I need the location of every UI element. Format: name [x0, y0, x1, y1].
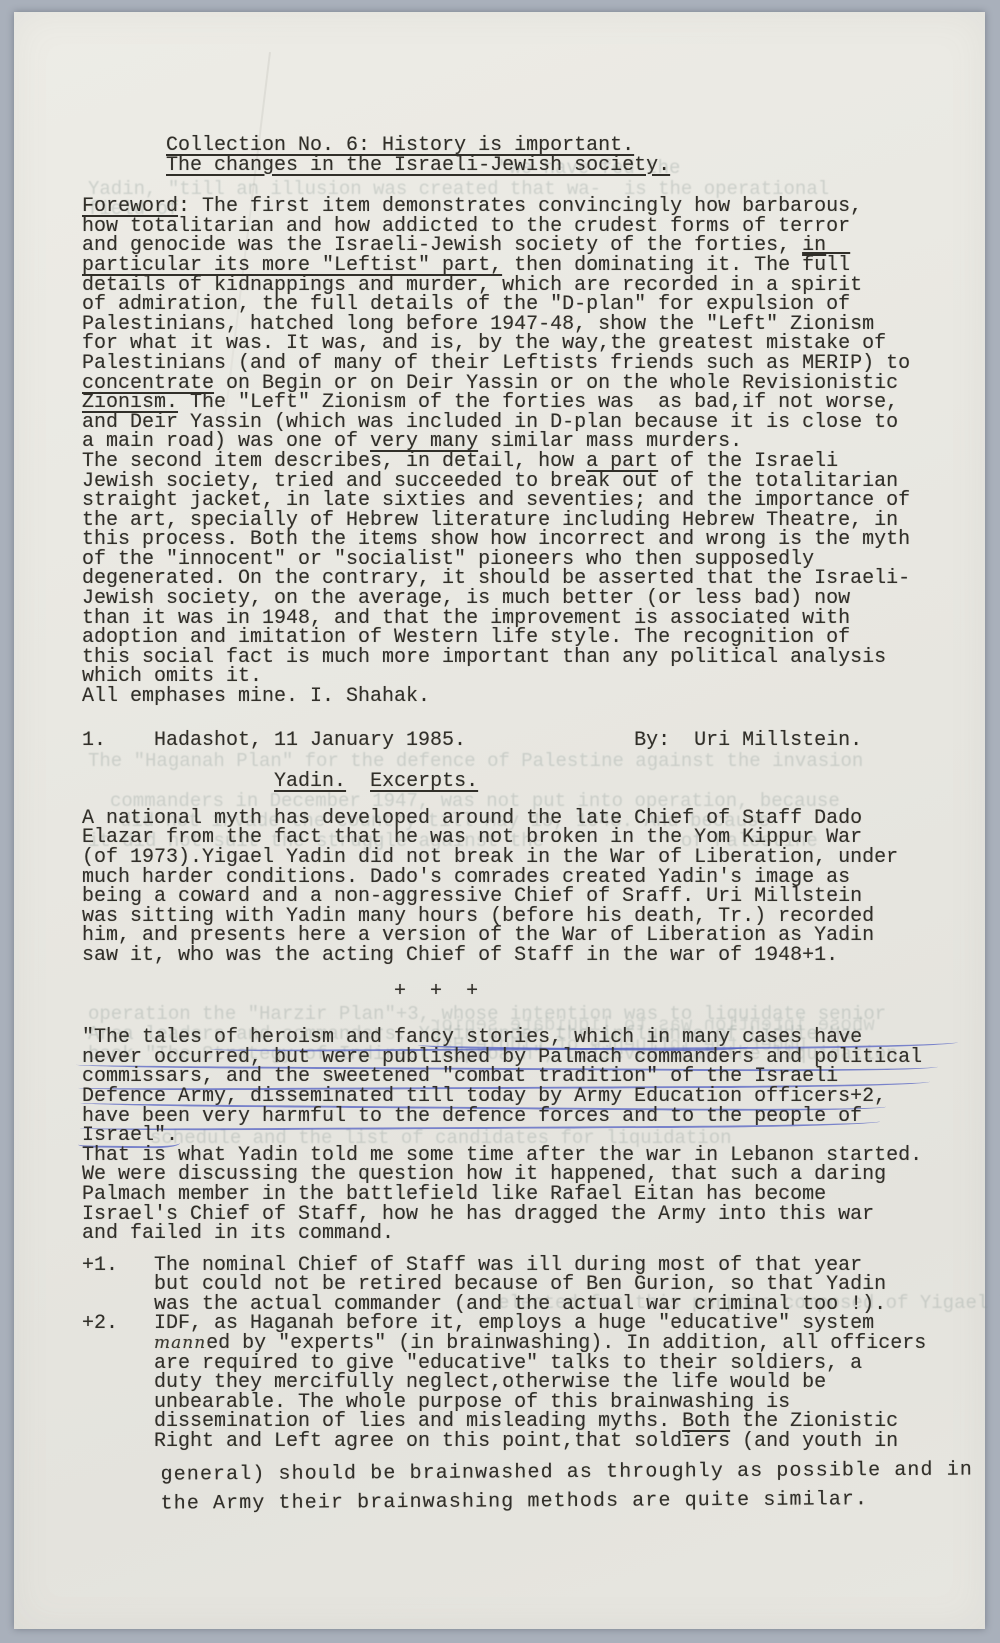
document-page: "We have fed theYadin, "till an illusion…	[14, 12, 985, 1629]
document-text: Collection No. 6: History is important. …	[82, 136, 962, 1515]
document-line: have been very harmful to the defence fo…	[82, 1107, 962, 1127]
typed-text: All emphases mine. I. Shahak.	[82, 685, 430, 708]
document-line: and failed in its command.	[82, 1224, 962, 1244]
typed-text: general) should be brainwashed as throug…	[82, 1458, 973, 1486]
document-line: + + +	[82, 982, 962, 1002]
document-line: 1. Hadashot, 11 January 1985. By: Uri Mi…	[82, 731, 962, 751]
typed-text: have been very harmful to the defence fo…	[82, 1105, 862, 1128]
handwritten-correction: mann	[154, 1333, 206, 1353]
document-line: general) should be brainwashed as throug…	[82, 1460, 962, 1485]
typed-text: and failed in its command.	[82, 1222, 394, 1245]
scan-viewport: { "page": { "background_color": "#a9b0bb…	[0, 0, 1000, 1643]
typed-text: + + +	[82, 980, 478, 1003]
typed-text: Right and Left agree on this point,that …	[82, 1430, 898, 1453]
typed-underline-text: The changes in the Israeli-Jewish societ…	[166, 154, 670, 177]
typed-underline-text: Yadin.	[274, 770, 346, 793]
document-line: saw it, who was the acting Chief of Staf…	[82, 946, 962, 966]
typed-text	[82, 154, 166, 177]
document-line: Right and Left agree on this point,that …	[82, 1432, 962, 1452]
document-line: The changes in the Israeli-Jewish societ…	[82, 156, 962, 176]
typed-underline-text: Excerpts.	[370, 770, 478, 793]
typed-text: the Army their brainwashing methods are …	[82, 1488, 868, 1516]
document-line: the Army their brainwashing methods are …	[82, 1490, 962, 1515]
typed-text	[82, 770, 274, 793]
document-line: Yadin. Excerpts.	[82, 772, 962, 792]
typed-text: saw it, who was the acting Chief of Staf…	[82, 944, 838, 967]
typed-text: 1. Hadashot, 11 January 1985. By: Uri Mi…	[82, 729, 862, 752]
document-line: All emphases mine. I. Shahak.	[82, 687, 962, 707]
typed-text	[346, 770, 370, 793]
